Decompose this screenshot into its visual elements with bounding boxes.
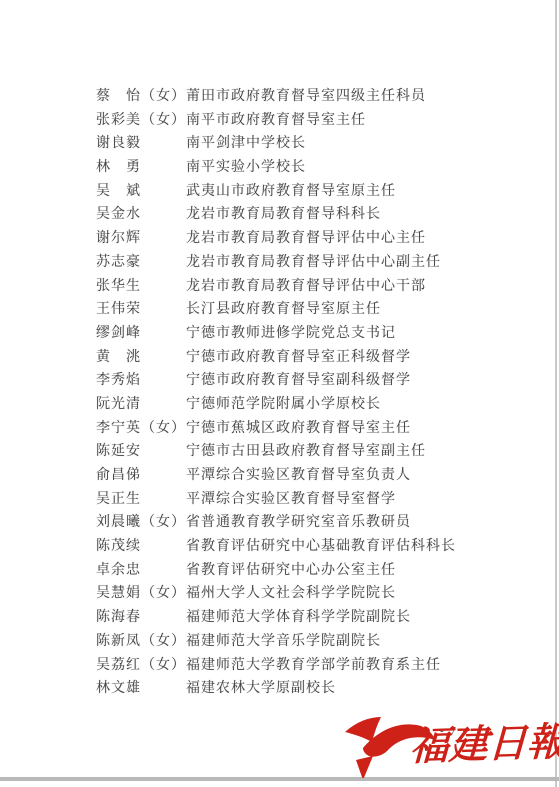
person-title: 福建师范大学音乐学院副院长	[186, 630, 381, 654]
roster-row: 陈延安宁德市古田县政府教育督导室副主任	[96, 440, 456, 464]
person-name: 卓余忠	[96, 559, 186, 583]
person-name: 李秀焰	[96, 369, 186, 393]
person-name: 缪剑峰	[96, 322, 186, 346]
person-title: 宁德市政府教育督导室副科级督学	[186, 369, 411, 393]
roster-row: 张彩美（女）南平市政府教育督导室主任	[96, 109, 456, 133]
person-name: 刘晨曦（女）	[96, 511, 186, 535]
person-name: 蔡 怡（女）	[96, 85, 186, 109]
person-title: 龙岩市教育局教育督导评估中心干部	[186, 275, 426, 299]
person-name: 张彩美（女）	[96, 109, 186, 133]
document-page: 蔡 怡（女）莆田市政府教育督导室四级主任科员 张彩美（女）南平市政府教育督导室主…	[0, 0, 559, 787]
person-name: 吴金水	[96, 203, 186, 227]
roster-row: 蔡 怡（女）莆田市政府教育督导室四级主任科员	[96, 85, 456, 109]
person-title: 龙岩市教育局教育督导科科长	[186, 203, 381, 227]
person-name: 陈新凤（女）	[96, 630, 186, 654]
person-title: 南平实验小学校长	[186, 156, 306, 180]
roster-row: 王伟荣长汀县政府教育督导室原主任	[96, 298, 456, 322]
person-name: 谢尔辉	[96, 227, 186, 251]
person-title: 平潭综合实验区教育督导室负责人	[186, 464, 411, 488]
roster-row: 李宁英（女）宁德市蕉城区政府教育督导室主任	[96, 417, 456, 441]
person-name: 苏志豪	[96, 251, 186, 275]
person-title: 宁德市政府教育督导室正科级督学	[186, 346, 411, 370]
person-title: 省普通教育教学研究室音乐教研员	[186, 511, 411, 535]
person-name: 李宁英（女）	[96, 417, 186, 441]
person-title: 省教育评估研究中心基础教育评估科科长	[186, 535, 456, 559]
person-title: 莆田市政府教育督导室四级主任科员	[186, 85, 426, 109]
person-name: 谢良毅	[96, 132, 186, 156]
roster-row: 刘晨曦（女）省普通教育教学研究室音乐教研员	[96, 511, 456, 535]
roster-row: 谢良毅南平剑津中学校长	[96, 132, 456, 156]
person-title: 宁德市教师进修学院党总支书记	[186, 322, 396, 346]
roster-row: 吴荔红（女）福建师范大学教育学部学前教育系主任	[96, 654, 456, 678]
roster-row: 吴 斌武夷山市政府教育督导室原主任	[96, 180, 456, 204]
roster-row: 谢尔辉龙岩市教育局教育督导评估中心主任	[96, 227, 456, 251]
person-title: 省教育评估研究中心办公室主任	[186, 559, 396, 583]
page-right-edge-divider	[555, 0, 557, 787]
person-name: 陈海春	[96, 606, 186, 630]
person-title: 武夷山市政府教育督导室原主任	[186, 180, 396, 204]
roster-row: 陈海春福建师范大学体育科学学院副院长	[96, 606, 456, 630]
roster-row: 缪剑峰宁德市教师进修学院党总支书记	[96, 322, 456, 346]
person-title: 福州大学人文社会科学学院院长	[186, 582, 396, 606]
person-name: 林文雄	[96, 677, 186, 701]
person-name: 林 勇	[96, 156, 186, 180]
roster-row: 卓余忠省教育评估研究中心办公室主任	[96, 559, 456, 583]
roster-row: 吴慧娟（女）福州大学人文社会科学学院院长	[96, 582, 456, 606]
person-title: 龙岩市教育局教育督导评估中心主任	[186, 227, 426, 251]
roster-row: 林文雄福建农林大学原副校长	[96, 677, 456, 701]
person-name: 吴荔红（女）	[96, 654, 186, 678]
roster-row: 林 勇南平实验小学校长	[96, 156, 456, 180]
roster-row: 俞昌俤平潭综合实验区教育督导室负责人	[96, 464, 456, 488]
person-name: 吴 斌	[96, 180, 186, 204]
person-name: 黄 洮	[96, 346, 186, 370]
person-title: 南平市政府教育督导室主任	[186, 109, 366, 133]
person-name: 陈茂续	[96, 535, 186, 559]
person-title: 南平剑津中学校长	[186, 132, 306, 156]
roster-row: 黄 洮宁德市政府教育督导室正科级督学	[96, 346, 456, 370]
person-name: 阮光清	[96, 393, 186, 417]
person-name: 吴正生	[96, 488, 186, 512]
person-title: 福建农林大学原副校长	[186, 677, 336, 701]
roster-row: 苏志豪龙岩市教育局教育督导评估中心副主任	[96, 251, 456, 275]
fujian-daily-logo-text: 福建日報	[409, 711, 559, 773]
roster-row: 吴金水龙岩市教育局教育督导科科长	[96, 203, 456, 227]
person-name: 王伟荣	[96, 298, 186, 322]
person-title: 平潭综合实验区教育督导室督学	[186, 488, 396, 512]
roster-row: 吴正生平潭综合实验区教育督导室督学	[96, 488, 456, 512]
roster-row: 陈新凤（女）福建师范大学音乐学院副院长	[96, 630, 456, 654]
person-title: 宁德师范学院附属小学原校长	[186, 393, 381, 417]
page-bottom-edge-divider	[0, 777, 559, 781]
person-title: 长汀县政府教育督导室原主任	[186, 298, 381, 322]
roster-list: 蔡 怡（女）莆田市政府教育督导室四级主任科员 张彩美（女）南平市政府教育督导室主…	[96, 85, 456, 701]
person-name: 俞昌俤	[96, 464, 186, 488]
roster-row: 陈茂续省教育评估研究中心基础教育评估科科长	[96, 535, 456, 559]
person-name: 陈延安	[96, 440, 186, 464]
person-title: 龙岩市教育局教育督导评估中心副主任	[186, 251, 441, 275]
roster-row: 李秀焰宁德市政府教育督导室副科级督学	[96, 369, 456, 393]
roster-row: 阮光清宁德师范学院附属小学原校长	[96, 393, 456, 417]
person-name: 张华生	[96, 275, 186, 299]
person-title: 福建师范大学教育学部学前教育系主任	[186, 654, 441, 678]
roster-row: 张华生龙岩市教育局教育督导评估中心干部	[96, 275, 456, 299]
person-name: 吴慧娟（女）	[96, 582, 186, 606]
person-title: 宁德市蕉城区政府教育督导室主任	[186, 417, 411, 441]
person-title: 宁德市古田县政府教育督导室副主任	[186, 440, 426, 464]
person-title: 福建师范大学体育科学学院副院长	[186, 606, 411, 630]
